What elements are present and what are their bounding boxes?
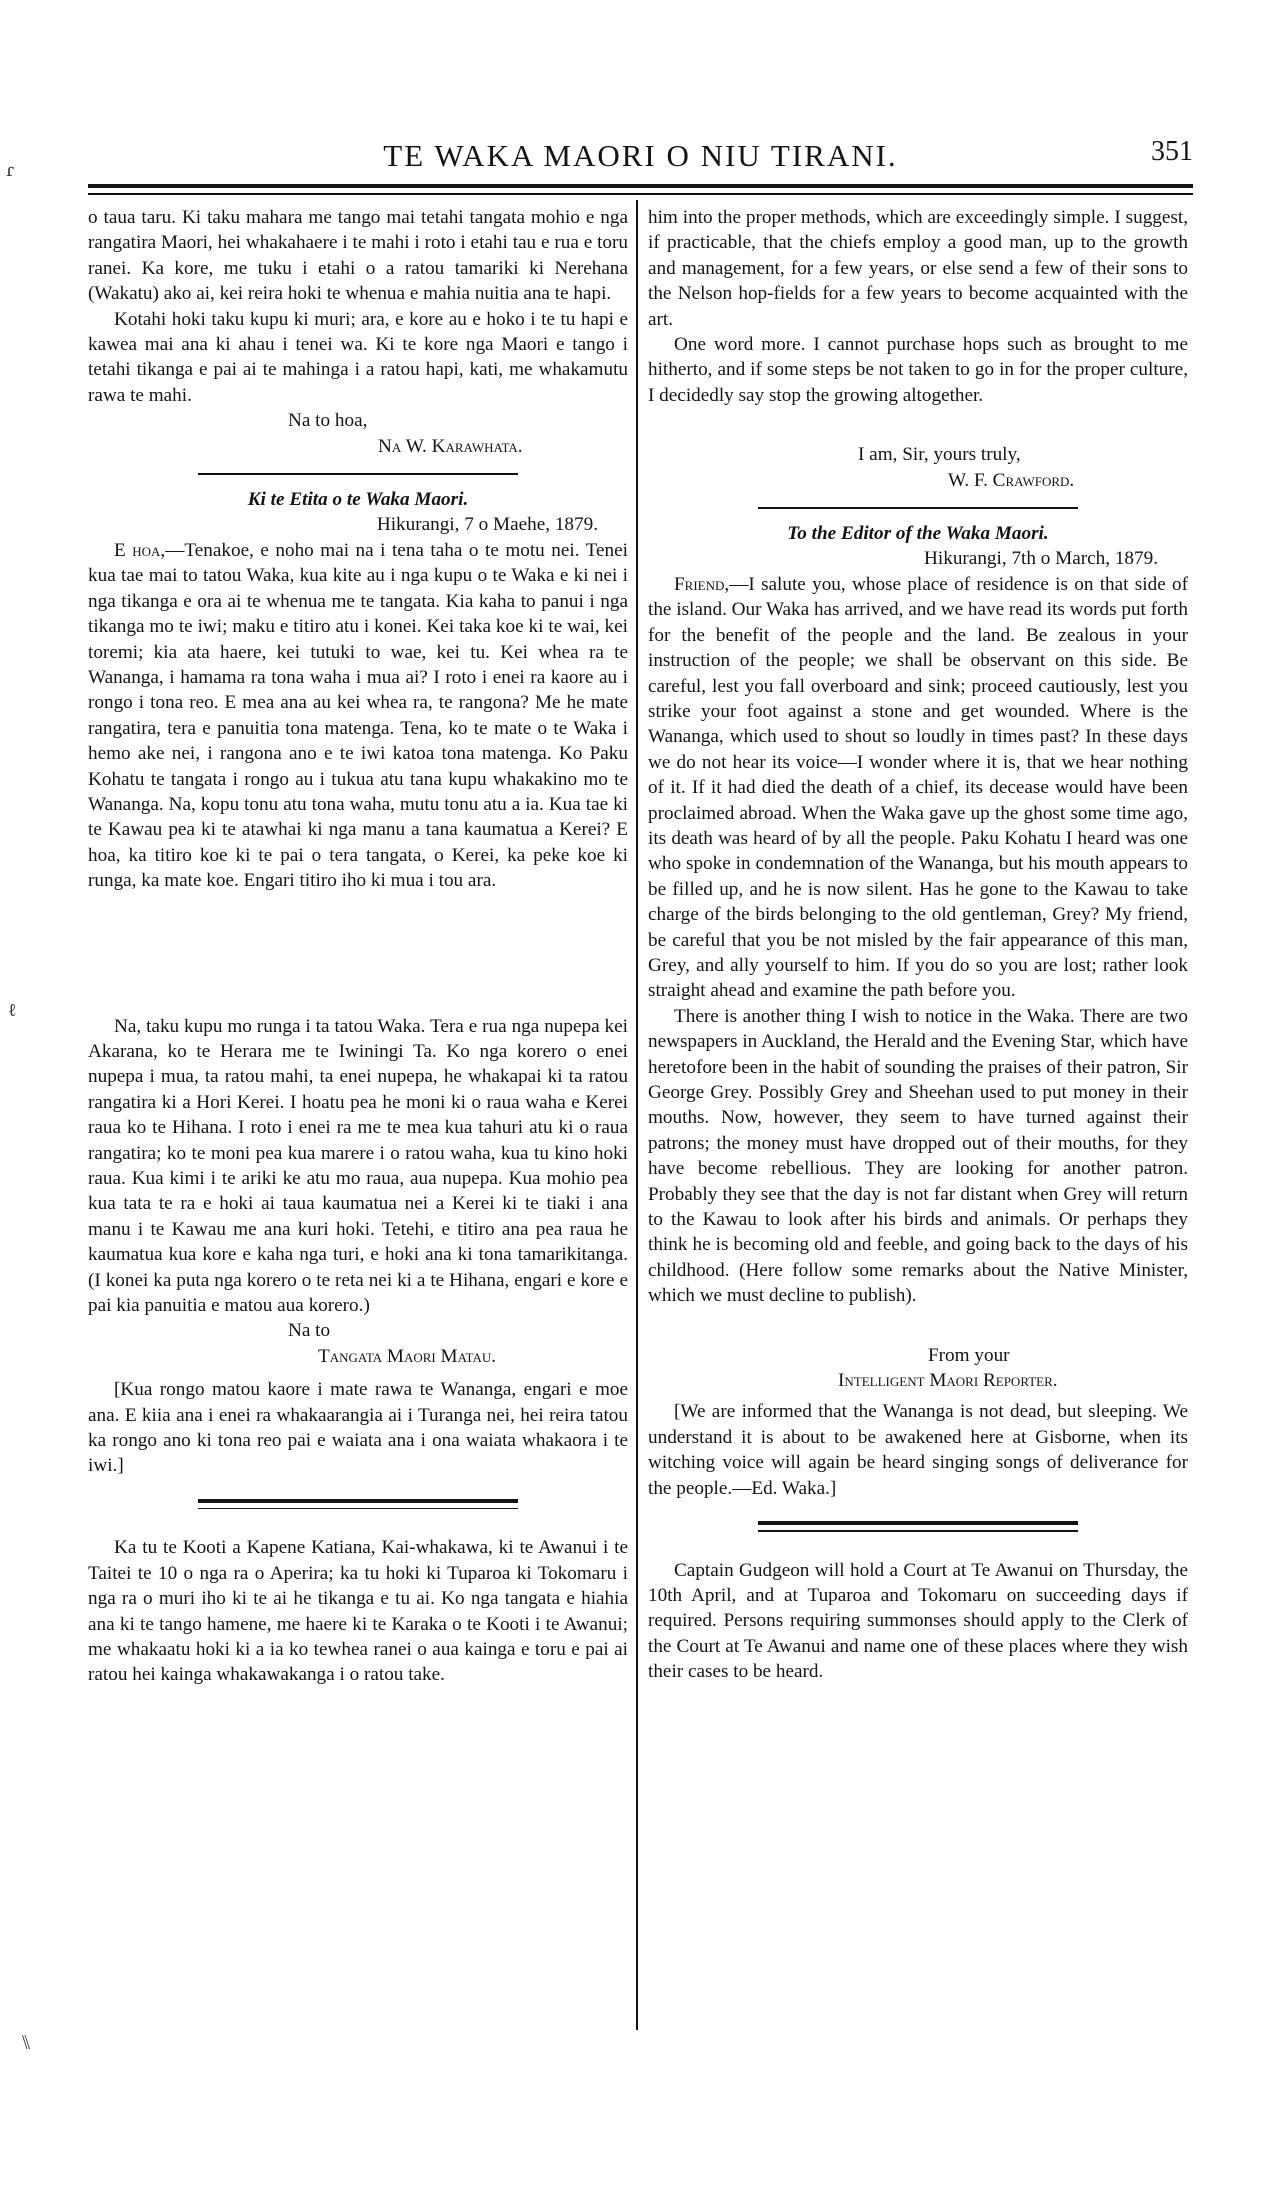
letter-paragraph: Na, taku kupu mo runga i ta tatou Waka. … bbox=[88, 1014, 628, 1319]
signature-name: Na W. Karawhata. bbox=[88, 434, 628, 459]
signature-name: Intelligent Maori Reporter. bbox=[648, 1368, 1188, 1393]
editor-note: [We are informed that the Wananga is not… bbox=[648, 1399, 1188, 1501]
section-double-rule bbox=[758, 1521, 1078, 1532]
letter-heading: Ki te Etita o te Waka Maori. bbox=[88, 487, 628, 512]
letter-dateline: Hikurangi, 7th o March, 1879. bbox=[648, 546, 1188, 571]
continuation-paragraph: Kotahi hoki taku kupu ki muri; ara, e ko… bbox=[88, 307, 628, 409]
letter-body: —Tenakoe, e noho mai na i tena taha o te… bbox=[88, 540, 628, 891]
letter-body: —I salute you, whose place of residence … bbox=[648, 574, 1188, 1002]
letter-paragraph: E hoa,—Tenakoe, e noho mai na i tena tah… bbox=[88, 538, 628, 894]
signature-name: Tangata Maori Matau. bbox=[88, 1344, 628, 1369]
signature-name: W. F. Crawford. bbox=[648, 468, 1188, 493]
editor-note: [Kua rongo matou kaore i mate rawa te Wa… bbox=[88, 1377, 628, 1479]
letter-heading: To the Editor of the Waka Maori. bbox=[648, 521, 1188, 546]
letter-paragraph: Friend,—I salute you, whose place of res… bbox=[648, 572, 1188, 1004]
salutation: E hoa, bbox=[114, 540, 165, 561]
section-rule bbox=[758, 507, 1078, 509]
newspaper-title: TE WAKA MAORI O NIU TIRANI. bbox=[88, 138, 1193, 174]
margin-mark: ⑊ bbox=[20, 2030, 32, 2054]
page-number: 351 bbox=[1151, 136, 1193, 168]
continuation-paragraph: o taua taru. Ki taku mahara me tango mai… bbox=[88, 205, 628, 307]
blank-space bbox=[88, 894, 628, 1014]
salutation: Friend, bbox=[674, 574, 729, 595]
header-rule-thin bbox=[88, 193, 1193, 195]
letter-paragraph: There is another thing I wish to notice … bbox=[648, 1004, 1188, 1309]
court-notice: Ka tu te Kooti a Kapene Katiana, Kai-wha… bbox=[88, 1535, 628, 1687]
court-notice: Captain Gudgeon will hold a Court at Te … bbox=[648, 1558, 1188, 1685]
signature-closing: Na to bbox=[88, 1318, 628, 1343]
signature-closing: I am, Sir, yours truly, bbox=[648, 442, 1188, 467]
signature-closing: Na to hoa, bbox=[88, 408, 628, 433]
newspaper-page: ɾ ℓ ⑊ TE WAKA MAORI O NIU TIRANI. 351 o … bbox=[0, 0, 1280, 2193]
section-rule bbox=[198, 473, 518, 475]
blank-space bbox=[648, 1309, 1188, 1343]
right-column: him into the proper methods, which are e… bbox=[648, 205, 1188, 1685]
continuation-paragraph: One word more. I cannot purchase hops su… bbox=[648, 332, 1188, 408]
signature-closing: From your bbox=[648, 1343, 1188, 1368]
letter-dateline: Hikurangi, 7 o Maehe, 1879. bbox=[88, 512, 628, 537]
blank-space bbox=[648, 408, 1188, 442]
masthead: TE WAKA MAORI O NIU TIRANI. 351 bbox=[88, 138, 1193, 178]
continuation-paragraph: him into the proper methods, which are e… bbox=[648, 205, 1188, 332]
left-column: o taua taru. Ki taku mahara me tango mai… bbox=[88, 205, 628, 1688]
section-double-rule bbox=[198, 1499, 518, 1510]
margin-mark: ɾ bbox=[6, 160, 14, 181]
column-divider bbox=[636, 200, 638, 2030]
margin-mark: ℓ bbox=[8, 1000, 17, 1021]
header-rule-thick bbox=[88, 184, 1193, 188]
